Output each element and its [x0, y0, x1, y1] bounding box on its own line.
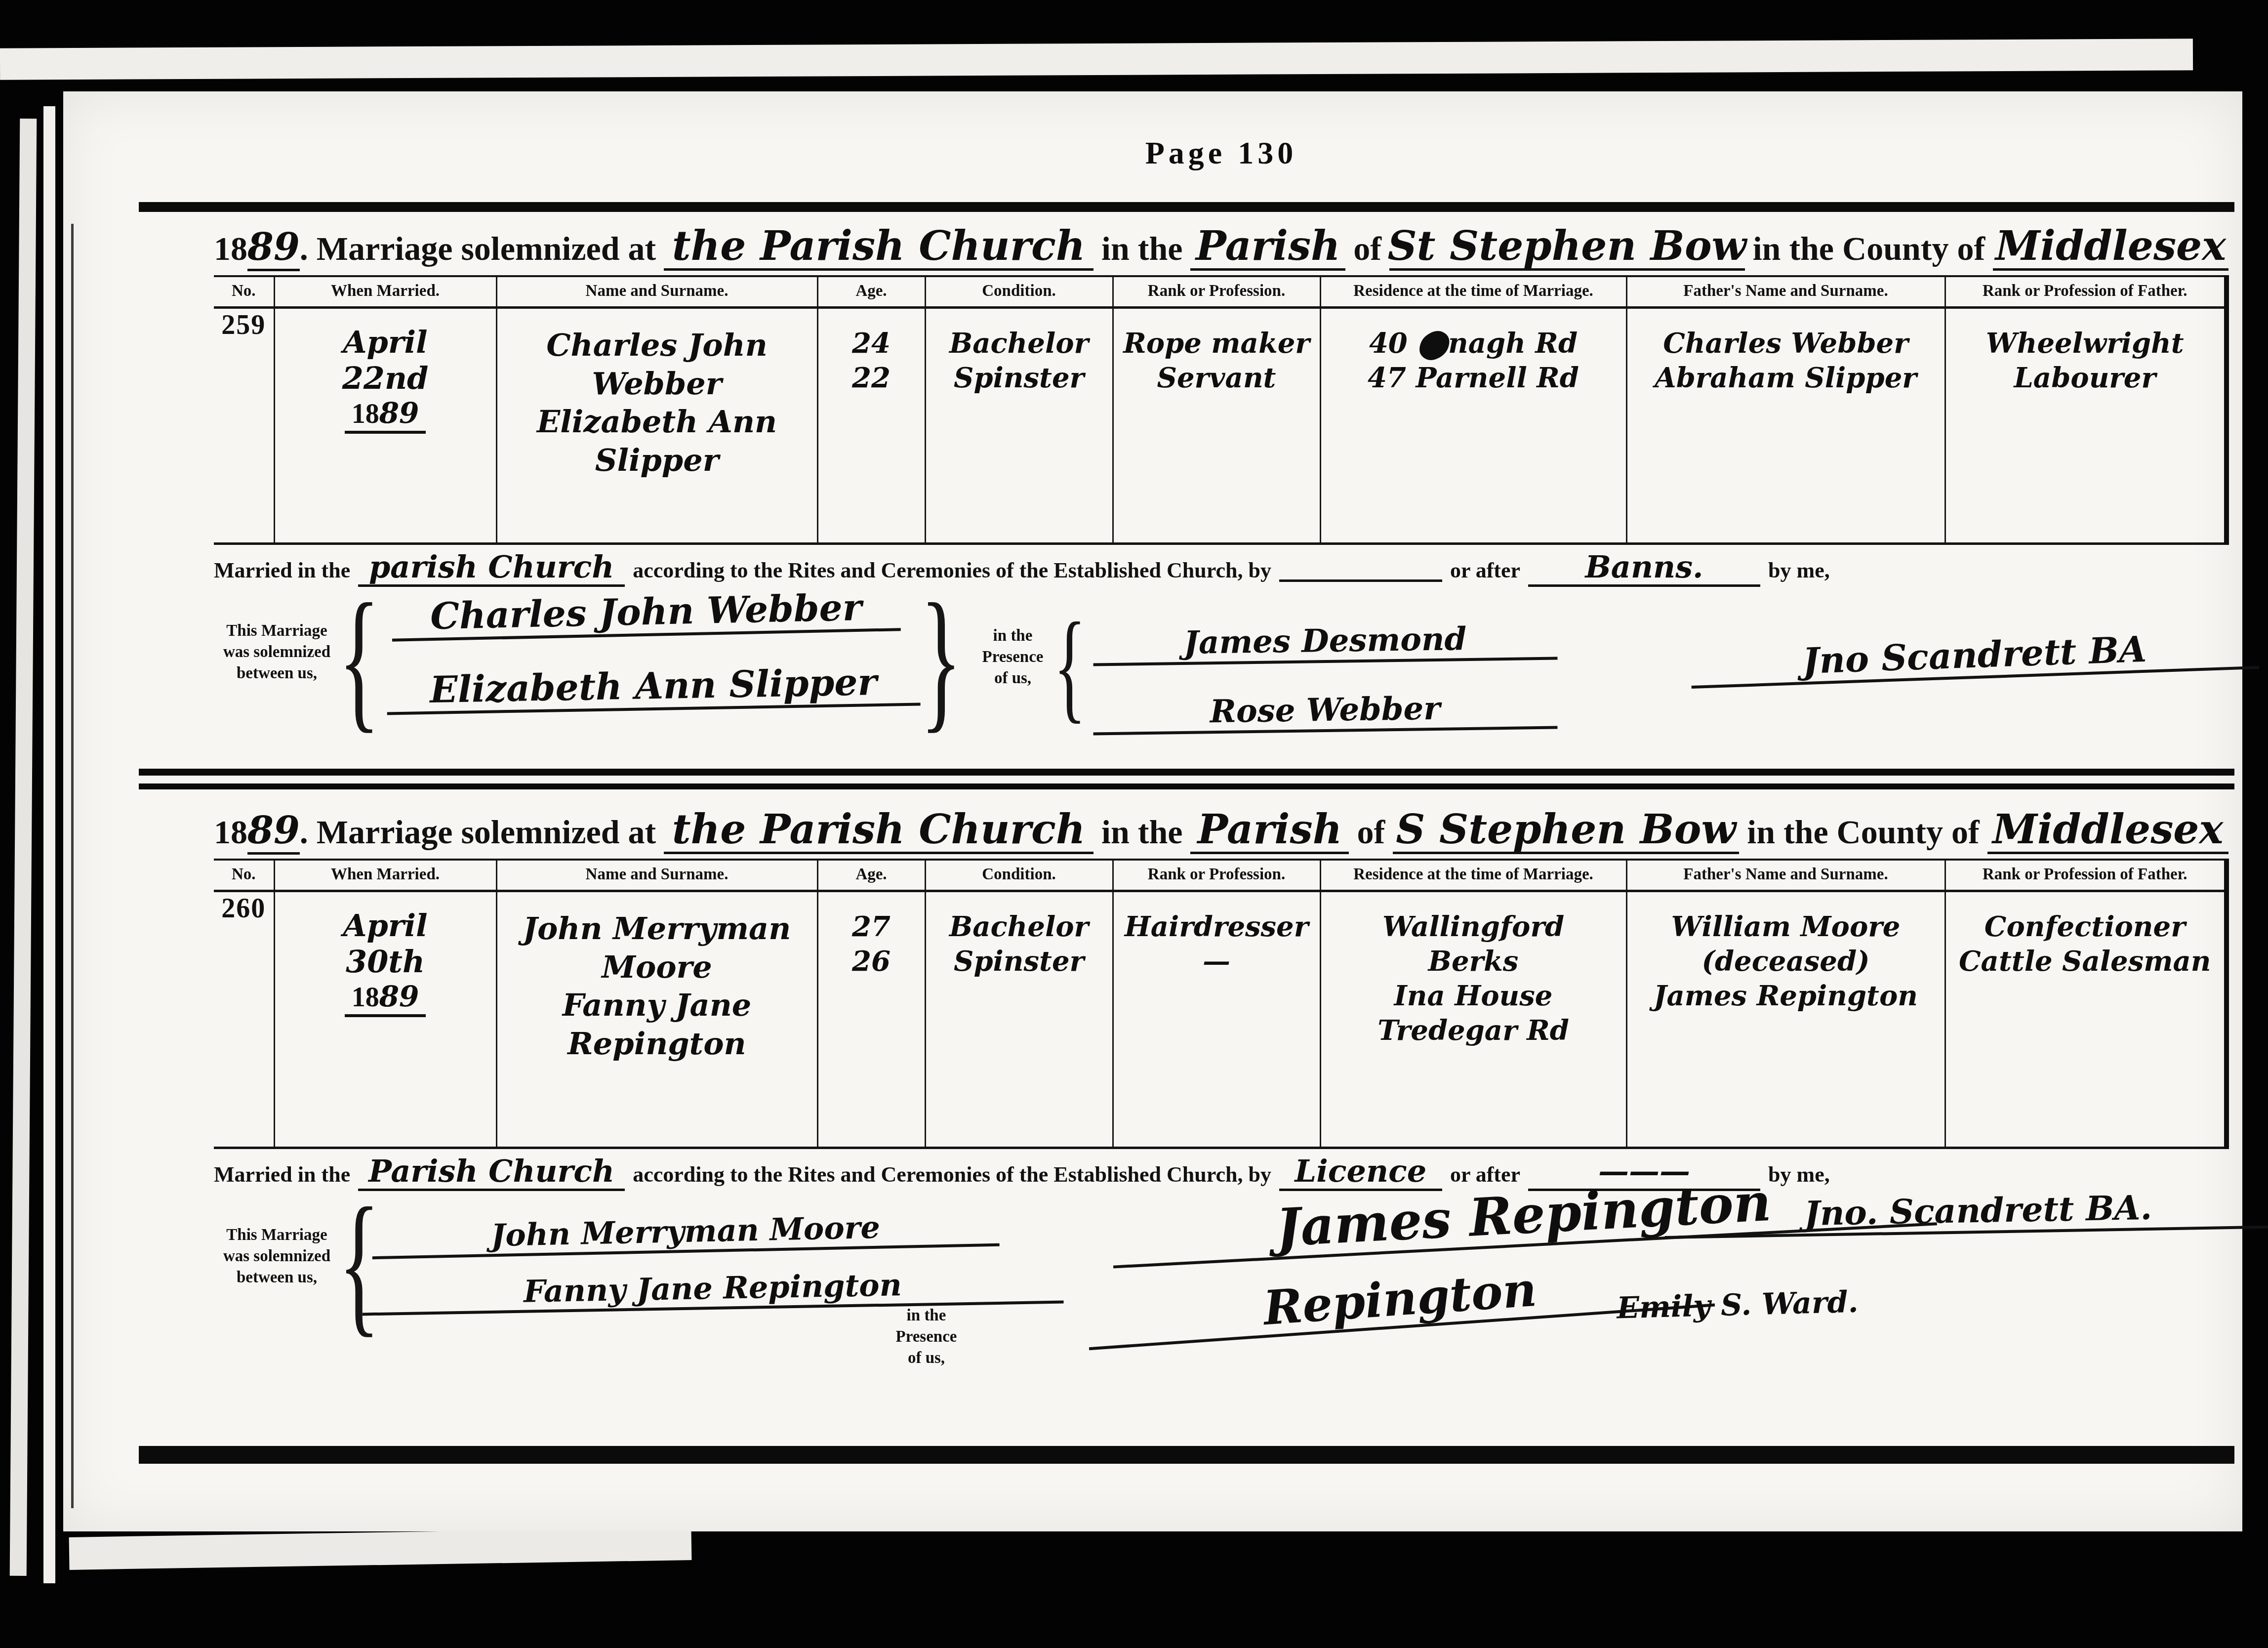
groom-name: Charles John Webber — [502, 326, 812, 403]
groom-residence: 40 ⬤nagh Rd — [1326, 326, 1621, 361]
groom-condition: Bachelor — [949, 909, 1089, 944]
cell-residences: 40 ⬤nagh Rd 47 Parnell Rd — [1320, 308, 1626, 544]
married-place-blank: parish Church — [358, 552, 625, 587]
col-age: Age. — [817, 860, 925, 891]
district-blank: Parish — [1190, 226, 1345, 271]
year-handwritten: 89 — [247, 225, 300, 271]
col-age: Age. — [817, 276, 925, 308]
solemnized-block: This Marriage was solemnized between us,… — [214, 590, 2228, 758]
bride-signature: Elizabeth Ann Slipper — [386, 663, 920, 715]
groom-signature: Charles John Webber — [391, 588, 901, 642]
cell-number: 259 — [214, 308, 274, 544]
year-printed: 18 — [214, 813, 247, 852]
cell-father-ranks: Confectioner Cattle Salesman — [1945, 891, 2227, 1148]
witness-signature-1: James Desmond — [1093, 622, 1558, 666]
cell-when-married: April 30th 1889 — [274, 891, 496, 1148]
bride-age: 26 — [852, 944, 891, 979]
bride-name: Elizabeth Ann Slipper — [502, 403, 812, 479]
bride-residence: 47 Parnell Rd — [1326, 361, 1621, 395]
page-margin-line — [71, 224, 74, 1508]
col-when-married: When Married. — [274, 276, 496, 308]
entry-header: 1889. Marriage solemnized at the Parish … — [214, 225, 2228, 271]
entry-data-row: 260 April 30th 1889 — [214, 891, 2227, 1148]
district-handwritten: Parish — [1198, 809, 1342, 850]
col-father-rank: Rank or Profession of Father. — [1945, 276, 2227, 308]
county-label: in the County of — [1753, 229, 1985, 268]
by-blank — [1279, 577, 1442, 582]
register-table: No. When Married. Name and Surname. Age.… — [214, 859, 2229, 1149]
col-condition: Condition. — [925, 276, 1113, 308]
married-place-handwritten: parish Church — [369, 552, 614, 582]
of-label: of — [1353, 229, 1381, 268]
stacked-page-edge-left-inner — [43, 106, 55, 1583]
brace-open-icon: { — [1053, 605, 1086, 728]
col-name-surname: Name and Surname. — [496, 276, 817, 308]
married-in-label: Married in the — [214, 558, 350, 583]
solemnized-block: This Marriage was solemnized between us,… — [214, 1194, 2228, 1372]
brace-open-icon: { — [338, 1184, 380, 1342]
groom-father-rank: Wheelwright — [1950, 326, 2220, 361]
col-no: No. — [214, 276, 274, 308]
when-year: 1889 — [345, 396, 426, 434]
rites-label: according to the Rites and Ceremonies of… — [633, 1162, 1271, 1187]
stacked-page-edge-left-outer — [10, 119, 37, 1576]
entry-header: 1889. Marriage solemnized at the Parish … — [214, 808, 2228, 855]
parish-handwritten: S Stephen Bow — [1396, 809, 1736, 850]
county-handwritten: Middlesex — [1992, 809, 2223, 850]
cell-professions: Hairdresser — — [1113, 891, 1320, 1148]
presence-label: in the Presence of us, — [970, 625, 1056, 689]
col-no: No. — [214, 860, 274, 891]
cell-residences: Wallingford Berks Ina House Tredegar Rd — [1320, 891, 1626, 1148]
groom-father: William Moore (deceased) — [1632, 909, 1940, 979]
district-blank: Parish — [1190, 809, 1349, 854]
col-father-name: Father's Name and Surname. — [1626, 860, 1945, 891]
when-year: 1889 — [345, 980, 426, 1017]
bride-father-rank: Cattle Salesman — [1950, 944, 2220, 979]
bride-condition: Spinster — [954, 944, 1084, 979]
groom-signature: John Merryman Moore — [371, 1210, 999, 1260]
cell-ages: 27 26 — [817, 891, 925, 1148]
bride-residence: Ina House Tredegar Rd — [1326, 979, 1621, 1048]
solemnized-label: This Marriage was solemnized between us, — [214, 1225, 340, 1288]
col-condition: Condition. — [925, 860, 1113, 891]
col-father-rank: Rank or Profession of Father. — [1945, 860, 2227, 891]
cell-number: 260 — [214, 891, 274, 1148]
year-handwritten: 89 — [247, 808, 300, 855]
groom-father: Charles Webber — [1632, 326, 1940, 361]
bride-father: Abraham Slipper — [1632, 361, 1940, 395]
place-blank: the Parish Church — [664, 809, 1093, 854]
cell-conditions: Bachelor Spinster — [925, 891, 1113, 1148]
year-printed: 18 — [214, 229, 247, 268]
when-month: April — [343, 907, 427, 944]
col-when-married: When Married. — [274, 860, 496, 891]
by-blank: Licence — [1279, 1156, 1442, 1191]
register-page: Page 130 1889. Marriage solemnized at th… — [63, 91, 2242, 1531]
witness-signature-2: Rose Webber — [1093, 691, 1558, 735]
page-content: Page 130 1889. Marriage solemnized at th… — [214, 91, 2228, 1464]
officiant-signature: Jno Scandrett BA — [1690, 627, 2259, 689]
col-residence: Residence at the time of Marriage. — [1320, 276, 1626, 308]
bride-father-rank: Labourer — [1950, 361, 2220, 395]
solemnized-at-label: . Marriage solemnized at — [300, 813, 656, 852]
page-number: Page 130 — [214, 91, 2228, 171]
groom-profession: Rope maker — [1123, 326, 1310, 361]
groom-condition: Bachelor — [949, 326, 1089, 361]
col-rank-profession: Rank or Profession. — [1113, 860, 1320, 891]
county-label: in the County of — [1747, 813, 1979, 852]
county-blank: Middlesex — [1987, 809, 2228, 854]
entry-data-row: 259 April 22nd 1889 — [214, 308, 2227, 544]
place-handwritten: the Parish Church — [672, 809, 1086, 850]
presence-label: in the Presence of us, — [883, 1305, 970, 1369]
column-header-row: No. When Married. Name and Surname. Age.… — [214, 276, 2227, 308]
by-handwritten: Licence — [1295, 1156, 1427, 1187]
parish-blank: St Stephen Bow — [1389, 226, 1745, 271]
by-me-label: by me, — [1768, 558, 1830, 583]
parish-blank: S Stephen Bow — [1393, 809, 1739, 854]
place-blank: the Parish Church — [664, 226, 1093, 271]
cell-conditions: Bachelor Spinster — [925, 308, 1113, 544]
married-in-line: Married in the parish Church according t… — [214, 552, 2228, 587]
register-entry-260: 1889. Marriage solemnized at the Parish … — [214, 808, 2228, 1372]
or-after-label: or after — [1450, 1162, 1520, 1187]
groom-age: 24 — [852, 326, 891, 361]
county-blank: Middlesex — [1993, 226, 2228, 271]
cell-professions: Rope maker Servant — [1113, 308, 1320, 544]
of-label: of — [1357, 813, 1385, 852]
married-place-blank: Parish Church — [358, 1156, 625, 1191]
after-handwritten: Banns. — [1585, 552, 1703, 582]
cell-fathers: Charles Webber Abraham Slipper — [1626, 308, 1945, 544]
solemnized-at-label: . Marriage solemnized at — [300, 229, 656, 268]
solemnized-label: This Marriage was solemnized between us, — [214, 620, 340, 684]
groom-residence: Wallingford Berks — [1326, 909, 1621, 979]
bride-profession: — — [1203, 944, 1230, 979]
brace-close-icon: } — [920, 580, 962, 738]
district-handwritten: Parish — [1196, 226, 1340, 266]
col-name-surname: Name and Surname. — [496, 860, 817, 891]
in-the-label: in the — [1101, 229, 1182, 268]
groom-name: John Merryman Moore — [502, 909, 812, 986]
in-the-label: in the — [1101, 813, 1182, 852]
groom-father-rank: Confectioner — [1950, 909, 2220, 944]
col-father-name: Father's Name and Surname. — [1626, 276, 1945, 308]
bride-age: 22 — [852, 361, 891, 395]
entry-number: 259 — [221, 309, 266, 341]
cell-fathers: William Moore (deceased) James Repington — [1626, 891, 1945, 1148]
top-rule — [139, 202, 2234, 212]
column-header-row: No. When Married. Name and Surname. Age.… — [214, 860, 2227, 891]
bride-name: Fanny Jane Repington — [502, 986, 812, 1063]
cell-names: John Merryman Moore Fanny Jane Repington — [496, 891, 817, 1148]
col-residence: Residence at the time of Marriage. — [1320, 860, 1626, 891]
when-day: 22nd — [342, 360, 429, 396]
bride-father: James Repington — [1632, 979, 1940, 1013]
married-in-label: Married in the — [214, 1162, 350, 1187]
place-handwritten: the Parish Church — [672, 226, 1086, 266]
stacked-page-edge-top — [0, 39, 2193, 80]
bride-profession: Servant — [1157, 361, 1276, 395]
groom-age: 27 — [852, 909, 891, 944]
section-divider-rule — [139, 769, 2234, 789]
cell-father-ranks: Wheelwright Labourer — [1945, 308, 2227, 544]
groom-profession: Hairdresser — [1125, 909, 1308, 944]
register-table: No. When Married. Name and Surname. Age.… — [214, 275, 2229, 545]
cell-names: Charles John Webber Elizabeth Ann Slippe… — [496, 308, 817, 544]
or-after-label: or after — [1450, 558, 1520, 583]
bride-condition: Spinster — [954, 361, 1084, 395]
bottom-rule — [139, 1446, 2234, 1464]
when-day: 30th — [346, 944, 425, 980]
county-handwritten: Middlesex — [1995, 226, 2226, 266]
entry-number: 260 — [221, 893, 266, 924]
after-blank: Banns. — [1528, 552, 1760, 587]
parish-handwritten: St Stephen Bow — [1387, 226, 1746, 266]
brace-open-icon: { — [338, 580, 380, 738]
when-month: April — [343, 324, 427, 360]
married-place-handwritten: Parish Church — [368, 1156, 614, 1187]
cell-when-married: April 22nd 1889 — [274, 308, 496, 544]
register-entry-259: 1889. Marriage solemnized at the Parish … — [214, 225, 2228, 789]
col-rank-profession: Rank or Profession. — [1113, 276, 1320, 308]
stacked-page-edge-bottom — [69, 1527, 692, 1570]
cell-ages: 24 22 — [817, 308, 925, 544]
